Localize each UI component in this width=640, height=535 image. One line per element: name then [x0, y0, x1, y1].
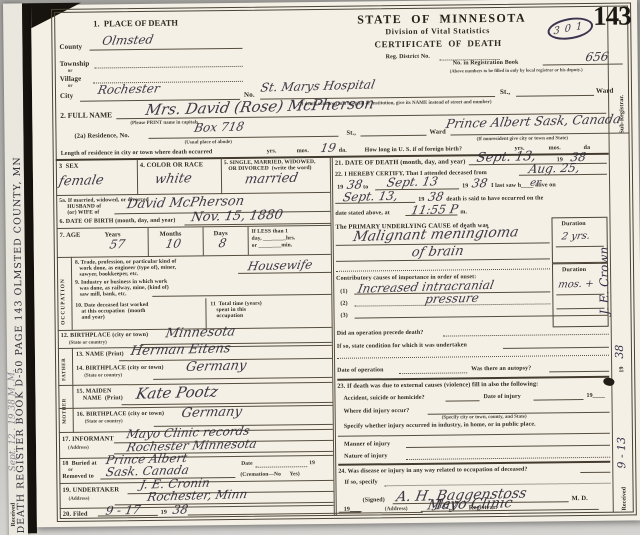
informant-address-note: (Address): [68, 446, 89, 451]
mother-birthplace-handwriting: Germany: [180, 404, 243, 421]
county-label: County: [59, 44, 82, 52]
industry-label-3: saw mill, bank, etc.: [75, 291, 126, 298]
undertaker-label: 19. UNDERTAKER: [62, 486, 119, 494]
injury-year-label: 19____: [586, 393, 605, 400]
spouse-label-3: (or) WIFE of: [67, 210, 99, 216]
duration-label-1: Duration: [561, 221, 585, 228]
sex-handwriting: female: [58, 173, 105, 189]
residence-value-handwriting: Box 718: [193, 119, 245, 134]
village-label: Village: [60, 76, 82, 84]
filed-year-label: 19: [161, 510, 167, 517]
cause-line2-handwriting: of brain: [410, 244, 465, 261]
received-year-label: 19: [619, 366, 626, 372]
certificate-title: CERTIFICATE OF DEATH: [374, 38, 501, 49]
father-birthplace-note: (State or country): [84, 373, 122, 378]
street-label: St.,: [500, 89, 510, 97]
mos2-label: mos.: [549, 145, 561, 152]
operation-date-label: Date of operation: [337, 367, 383, 374]
her-handwriting: er: [529, 177, 542, 188]
certify-to-handwriting: Sept. 13: [386, 174, 439, 189]
city-value-handwriting: Rochester: [97, 81, 161, 97]
street-label-2: St.,: [346, 130, 356, 137]
contrib-1-label: (1): [340, 289, 347, 296]
age-less-label-2: day, ________hrs.: [252, 235, 296, 242]
father-vertical-label: FATHER: [62, 358, 68, 381]
mother-name-label-1: 15. MAIDEN: [76, 388, 111, 395]
last-saw-label: I last saw h____ alive on: [491, 182, 556, 189]
m-label: m.: [460, 209, 467, 216]
physician-address-note: (Address): [385, 506, 408, 512]
scanned-death-certificate: Received Sept. 12 . 19 38 M. M. DEATH RE…: [0, 0, 640, 535]
age-less-label-1: If LESS than 1: [252, 228, 288, 234]
stated-above-label: date stated above, at: [335, 210, 390, 217]
burial-date-label: Date: [241, 461, 252, 467]
race-handwriting: white: [154, 171, 193, 187]
reg-district-label: Reg. District No.: [386, 54, 430, 61]
if-so-specify-label: If so, specify: [344, 479, 377, 486]
received-date-handwriting: 9 - 13: [615, 437, 628, 469]
received-year-handwriting: 38: [613, 345, 626, 359]
or-label: or: [68, 69, 73, 74]
buried-label: 18 Buried at: [62, 461, 97, 468]
marital-handwriting: married: [244, 171, 300, 188]
signed-year-label: 19____: [344, 507, 363, 514]
foreign-birth-label: How long in U. S. if of foreign birth?: [365, 146, 462, 154]
age-years-handwriting: 57: [108, 237, 126, 251]
county-value-handwriting: Olmsted: [101, 32, 155, 47]
place-of-death-heading: 1. PLACE OF DEATH: [93, 18, 178, 29]
y2-label: 19: [462, 183, 468, 190]
operation-label: Did an operation precede death?: [337, 330, 424, 338]
contrib-2-label: (2): [340, 301, 347, 308]
y2-handwriting: 38: [471, 176, 489, 190]
print-note: (Please PRINT name in capitals: [130, 120, 198, 126]
ward-label: Ward: [596, 88, 614, 96]
total-time-label-3: occupation: [211, 313, 244, 319]
age-months-handwriting: 10: [164, 236, 182, 250]
yrs-label: yrs.: [267, 148, 277, 155]
sheet-number: 143: [593, 0, 631, 31]
or-label-2: or: [68, 84, 73, 89]
md-label: M. D.: [572, 495, 588, 502]
father-birthplace-label: 14. BIRTHPLACE (city or town): [76, 365, 163, 373]
age-less-label-3: or ________min.: [252, 242, 293, 249]
nonresident-note: (If nonresident give city or town and St…: [477, 136, 568, 142]
father-name-handwriting: Herman Eitens: [129, 341, 232, 359]
filed-label: 20. Filed: [63, 511, 88, 518]
full-name-label: 2. FULL NAME: [60, 110, 112, 120]
y1-label: 19: [337, 185, 343, 192]
where-injury-note: (Specify city or town, county, and State…: [442, 415, 527, 421]
township-label: Township: [60, 61, 90, 69]
filed-year-handwriting: 38: [171, 502, 189, 516]
occurred-label: death is said to have occurred on the: [446, 195, 543, 203]
date-of-death-label: 21. DATE OF DEATH (month, day, and year): [335, 158, 466, 167]
informant-label: 17. INFORMANT: [62, 435, 114, 443]
race-label: 4. COLOR OR RACE: [140, 161, 203, 169]
city-label: City: [60, 93, 73, 101]
reg-book-label: No. in Registration Book: [453, 60, 519, 67]
injury-date-label: Date of injury: [483, 394, 520, 401]
last-worked-label-3: and year): [76, 314, 105, 320]
sex-label: 3 SEX: [59, 163, 79, 170]
manner-of-injury-label: Manner of injury: [344, 441, 390, 448]
where-injury-label: Where did injury occur?: [344, 408, 410, 415]
father-birthplace-handwriting: Germany: [185, 358, 248, 375]
trade-label-3: sawyer, bookkeeper, etc.: [75, 271, 138, 278]
cause-duration-handwriting: 2 yrs.: [561, 231, 591, 243]
accident-label: Accident, suicide or homicide?: [343, 395, 424, 403]
mos-label: mos.: [297, 148, 309, 155]
length-days-handwriting: 19: [319, 141, 337, 155]
trade-handwriting: Housewife: [247, 258, 314, 274]
birthplace-label: 12. BIRTHPLACE (city or town): [61, 332, 148, 340]
contrib-duration-handwriting: mos. +: [557, 279, 595, 291]
mother-birthplace-note: (State or country): [85, 419, 123, 424]
burial-year-label: 19: [309, 460, 315, 466]
undertaker-address-handwriting: Rochester, Minn: [146, 487, 248, 504]
undertaker-address-note: (Address): [69, 497, 90, 502]
da-label: da.: [339, 148, 347, 155]
removed-to-label: Removed to: [62, 474, 94, 481]
signed-label: (Signed): [363, 497, 385, 504]
birthplace-state-note: (State or country): [69, 340, 107, 345]
reg-book-value-handwriting: 656: [584, 49, 610, 64]
mother-vertical-label: MOTHER: [62, 398, 68, 424]
abode-note: (Usual place of abode): [185, 140, 232, 146]
father-name-label: 13. NAME (Print): [76, 351, 124, 358]
ward-label-2: Ward: [429, 129, 445, 136]
buried-or-label: or: [68, 468, 73, 473]
occupation-vertical-label: OCCUPATION: [60, 278, 67, 325]
mother-name-handwriting: Kate Pootz: [135, 382, 220, 402]
birthplace-handwriting: Minnesota: [164, 324, 236, 341]
dob-label: 6. DATE OF BIRTH (month, day, and year): [59, 218, 175, 226]
state-title: STATE OF MINNESOTA: [357, 11, 526, 28]
stamp-number: 301: [553, 20, 587, 38]
received-label: Received: [622, 487, 629, 511]
autopsy-label: Was there an autopsy?: [471, 366, 531, 373]
mother-birthplace-label: 16. BIRTHPLACE (city or town): [77, 411, 164, 419]
duration-label-2: Duration: [562, 267, 586, 274]
cremation-label: (Cremation—No Yes): [240, 471, 300, 478]
age-label: 7. AGE: [60, 232, 81, 239]
contrib-3-label: (3): [341, 313, 348, 320]
scan-area: Received Sept. 12 . 19 38 M. M. DEATH RE…: [0, 0, 640, 535]
division-subtitle: Division of Vital Statistics: [385, 26, 490, 36]
nature-of-injury-label: Nature of injury: [344, 453, 388, 460]
mother-name-label-2: NAME (Print): [76, 395, 122, 402]
residence-label: (2a) Residence, No.: [74, 132, 129, 140]
